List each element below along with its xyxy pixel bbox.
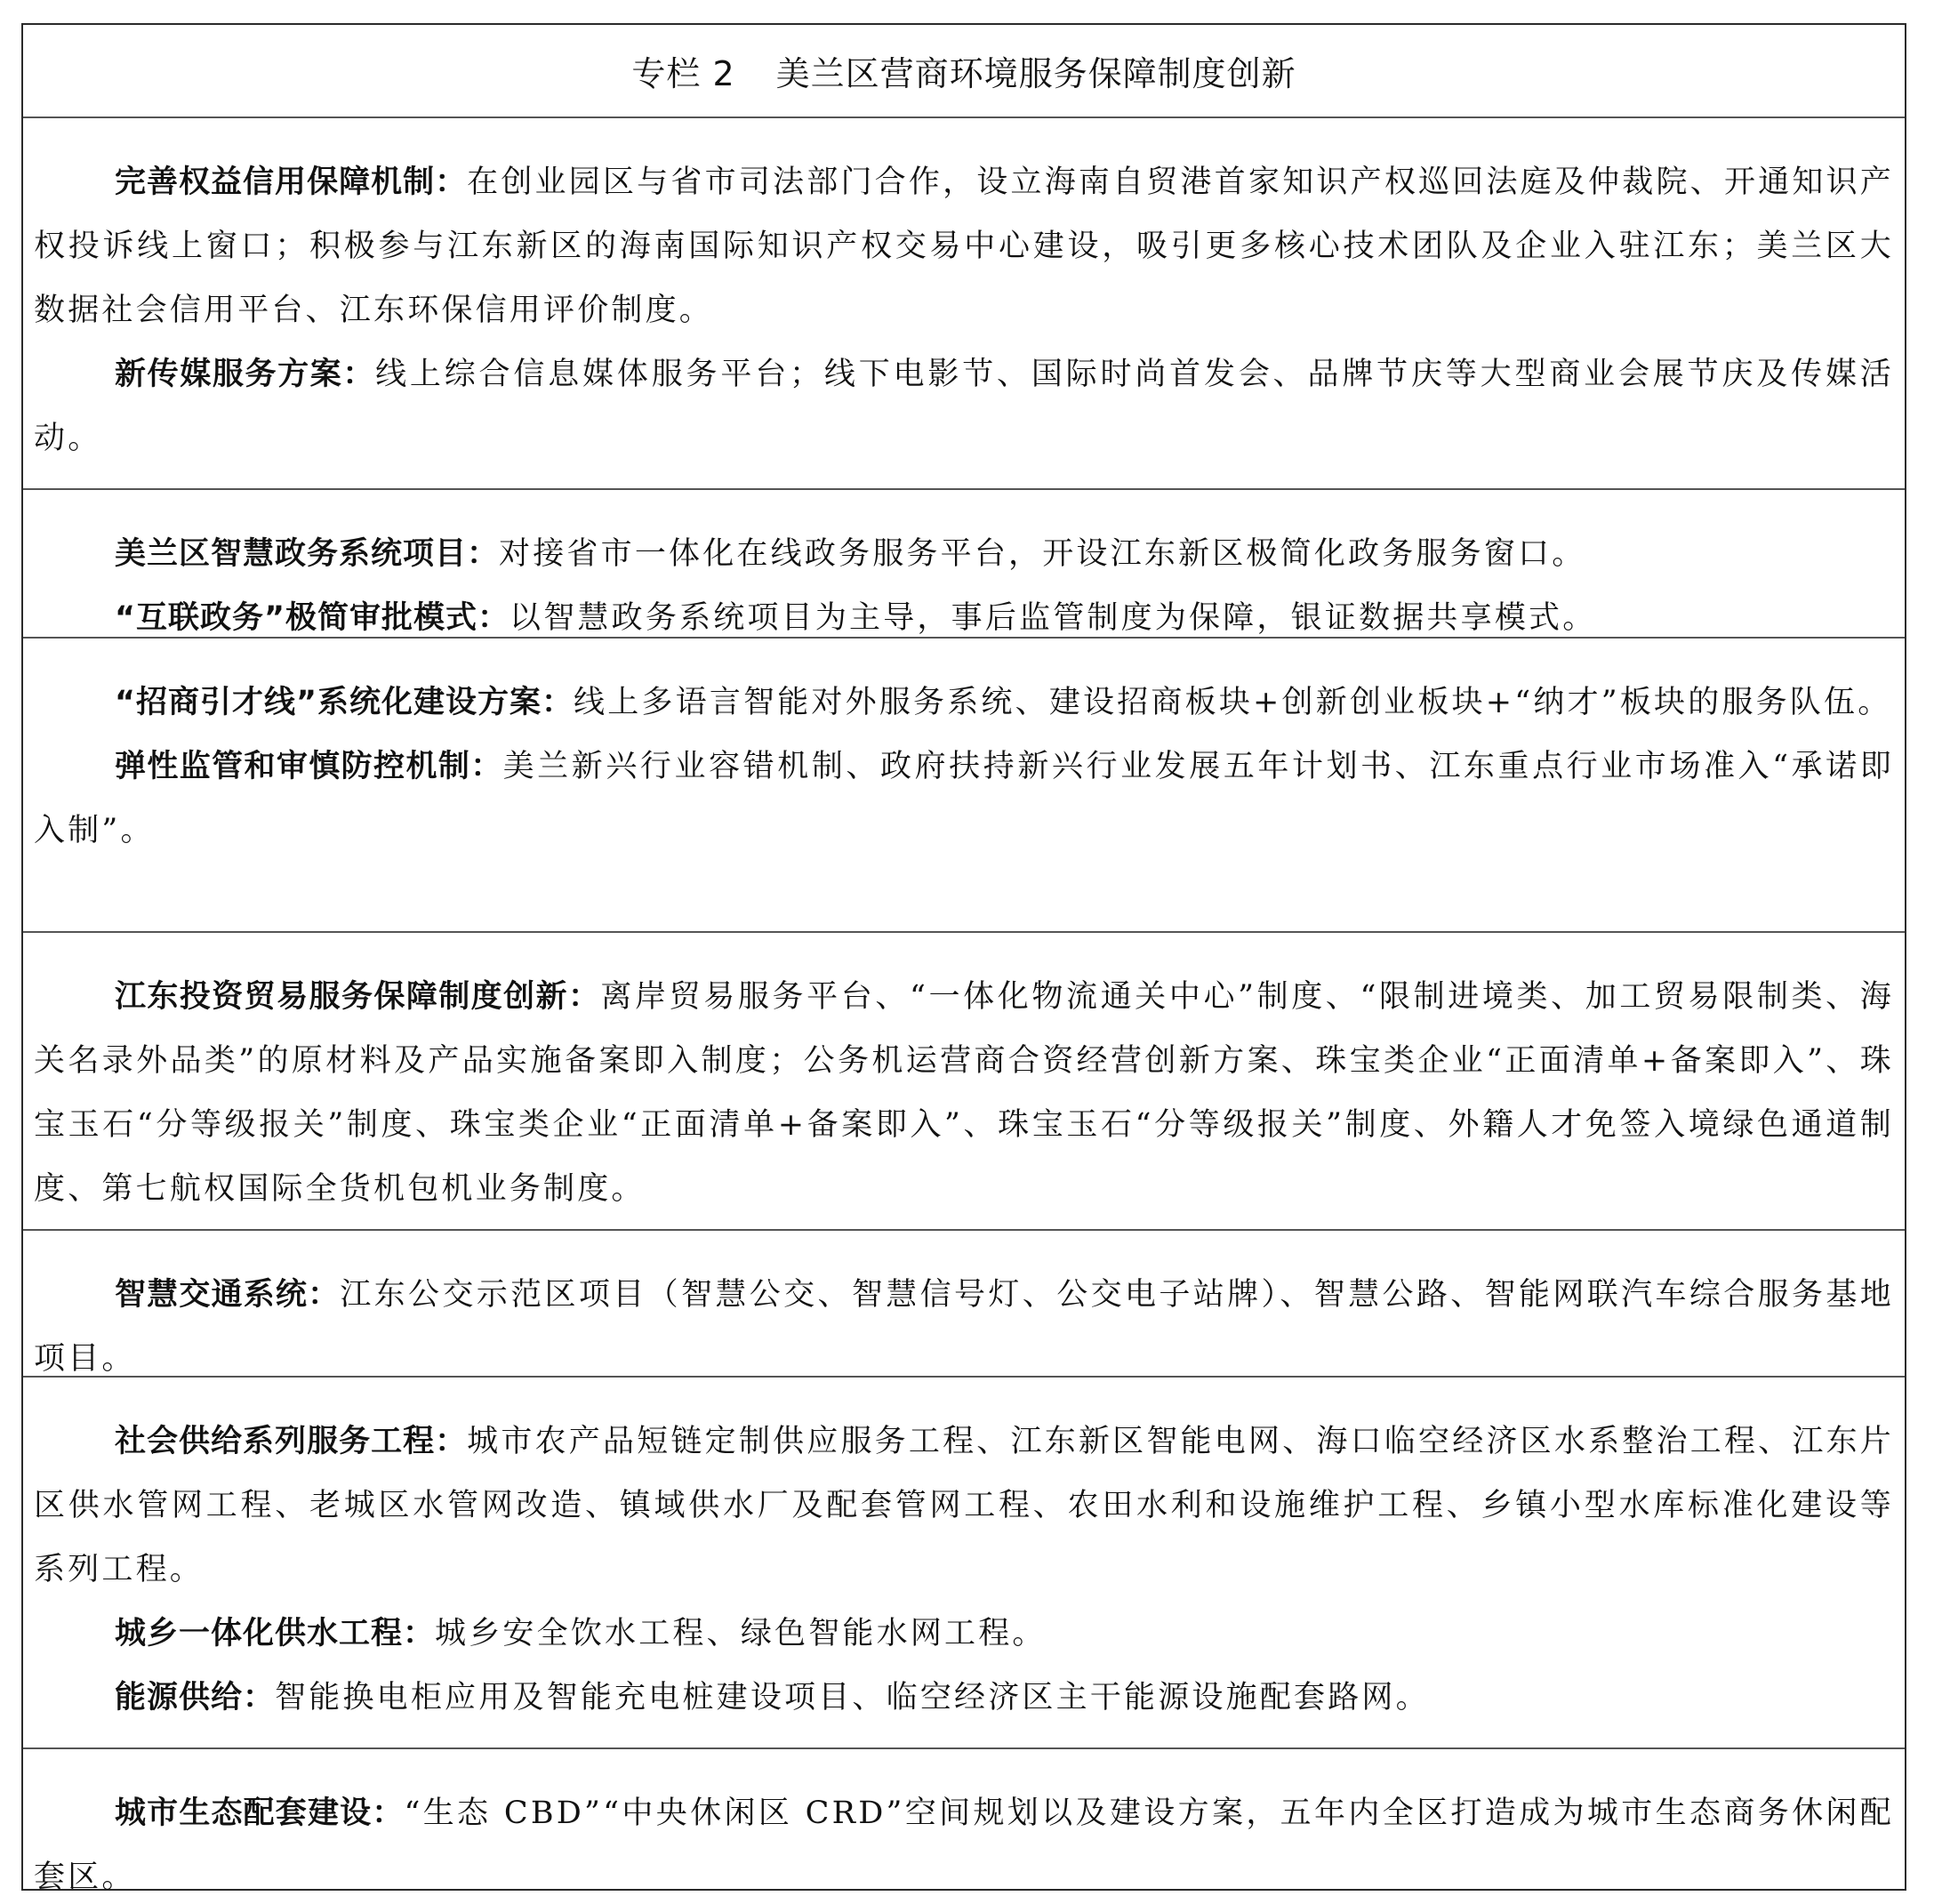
section-talent-regulation: “招商引才线”系统化建设方案：线上多语言智能对外服务系统、建设招商板块+创新创业… xyxy=(23,639,1905,933)
item-heading: 城市生态配套建设： xyxy=(115,1796,404,1831)
paragraph-trade-investment: 江东投资贸易服务保障制度创新：离岸贸易服务平台、“一体化物流通关中心”制度、“限… xyxy=(34,965,1894,1221)
item-heading: 社会供给系列服务工程： xyxy=(115,1424,467,1459)
item-heading: 智慧交通系统： xyxy=(115,1277,340,1313)
item-body: 对接省市一体化在线政务服务平台，开设江东新区极简化政务服务窗口。 xyxy=(499,536,1585,572)
paragraph-smart-government: 美兰区智慧政务系统项目：对接省市一体化在线政务服务平台，开设江东新区极简化政务服… xyxy=(34,522,1894,586)
item-body: 以智慧政务系统项目为主导，事后监管制度为保障，银证数据共享模式。 xyxy=(510,600,1596,636)
section-social-supply: 社会供给系列服务工程：城市农产品短链定制供应服务工程、江东新区智能电网、海口临空… xyxy=(23,1378,1905,1749)
item-heading: 能源供给： xyxy=(115,1680,275,1715)
column-box-table: 专栏 2美兰区营商环境服务保障制度创新 完善权益信用保障机制：在创业园区与省市司… xyxy=(21,23,1906,1891)
paragraph-investment-talent: “招商引才线”系统化建设方案：线上多语言智能对外服务系统、建设招商板块+创新创业… xyxy=(34,671,1894,735)
section-trade-investment: 江东投资贸易服务保障制度创新：离岸贸易服务平台、“一体化物流通关中心”制度、“限… xyxy=(23,933,1905,1231)
paragraph-water-supply: 城乡一体化供水工程：城乡安全饮水工程、绿色智能水网工程。 xyxy=(34,1602,1894,1666)
paragraph-urban-ecology: 城市生态配套建设：“生态 CBD”“中央休闲区 CRD”空间规划以及建设方案，五… xyxy=(34,1781,1894,1904)
item-heading: “招商引才线”系统化建设方案： xyxy=(115,685,574,720)
item-heading: 完善权益信用保障机制： xyxy=(115,165,467,200)
item-heading: 弹性监管和审慎防控机制： xyxy=(115,749,503,784)
item-body: 线上多语言智能对外服务系统、建设招商板块+创新创业板块+“纳才”板块的服务队伍。 xyxy=(574,685,1891,720)
item-body: 智能换电柜应用及智能充电桩建设项目、临空经济区主干能源设施配套路网。 xyxy=(275,1680,1430,1715)
item-heading: 江东投资贸易服务保障制度创新： xyxy=(115,979,600,1015)
section-smart-transport: 智慧交通系统：江东公交示范区项目（智慧公交、智慧信号灯、公交电子站牌）、智慧公路… xyxy=(23,1231,1905,1378)
paragraph-social-supply: 社会供给系列服务工程：城市农产品短链定制供应服务工程、江东新区智能电网、海口临空… xyxy=(34,1410,1894,1602)
paragraph-energy-supply: 能源供给：智能换电柜应用及智能充电桩建设项目、临空经济区主干能源设施配套路网。 xyxy=(34,1666,1894,1730)
paragraph-rights-credit: 完善权益信用保障机制：在创业园区与省市司法部门合作，设立海南自贸港首家知识产权巡… xyxy=(34,150,1894,342)
item-heading: 美兰区智慧政务系统项目： xyxy=(115,536,499,572)
item-body: 城乡安全饮水工程、绿色智能水网工程。 xyxy=(435,1616,1047,1651)
column-title: 专栏 2美兰区营商环境服务保障制度创新 xyxy=(631,46,1296,95)
title-row: 专栏 2美兰区营商环境服务保障制度创新 xyxy=(23,25,1905,118)
paragraph-flexible-regulation: 弹性监管和审慎防控机制：美兰新兴行业容错机制、政府扶持新兴行业发展五年计划书、江… xyxy=(34,735,1894,863)
column-title-text: 美兰区营商环境服务保障制度创新 xyxy=(776,54,1296,93)
paragraph-smart-transport: 智慧交通系统：江东公交示范区项目（智慧公交、智慧信号灯、公交电子站牌）、智慧公路… xyxy=(34,1263,1894,1391)
column-number: 专栏 2 xyxy=(631,54,734,93)
section-rights-credit-media: 完善权益信用保障机制：在创业园区与省市司法部门合作，设立海南自贸港首家知识产权巡… xyxy=(23,118,1905,490)
paragraph-new-media: 新传媒服务方案：线上综合信息媒体服务平台；线下电影节、国际时尚首发会、品牌节庆等… xyxy=(34,342,1894,470)
item-heading: “互联政务”极简审批模式： xyxy=(115,600,510,636)
section-smart-government: 美兰区智慧政务系统项目：对接省市一体化在线政务服务平台，开设江东新区极简化政务服… xyxy=(23,490,1905,639)
item-heading: 新传媒服务方案： xyxy=(115,357,375,392)
section-urban-ecology: 城市生态配套建设：“生态 CBD”“中央休闲区 CRD”空间规划以及建设方案，五… xyxy=(23,1749,1905,1889)
item-heading: 城乡一体化供水工程： xyxy=(115,1616,435,1651)
